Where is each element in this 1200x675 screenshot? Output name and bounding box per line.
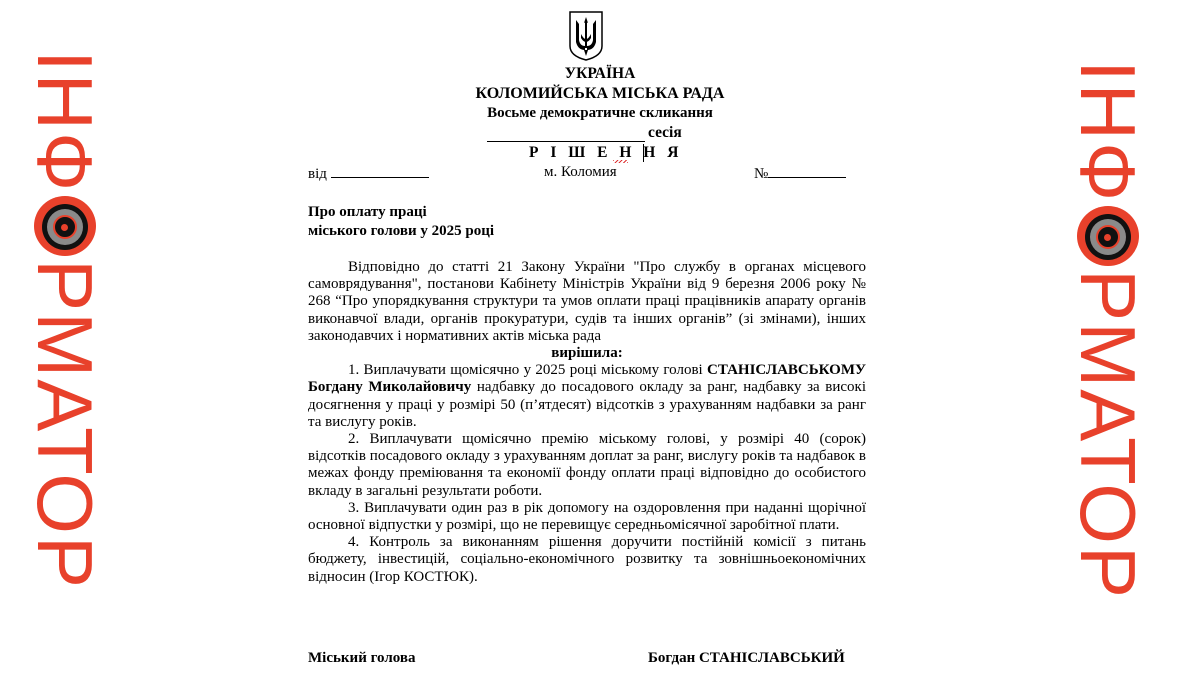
item-4: 4. Контроль за виконанням рішення доручи… [308,534,866,586]
session-label: сесія [648,124,682,142]
watermark-text: ІНФРМАТОР [1068,60,1148,600]
watermark-left: ІНФРМАТОР [25,50,105,590]
document-subject: Про оплату праці міського голови у 2025 … [308,203,494,241]
subject-line-1: Про оплату праці [308,203,494,222]
watermark-text-part2: РМАТОР [1068,269,1148,600]
text-cursor [643,144,644,162]
number-field: № [754,164,846,183]
watermark-right: ІНФРМАТОР [1068,60,1148,600]
session-number-blank [487,141,645,142]
watermark-text-part2: РМАТОР [25,259,105,590]
city-label: м. Коломия [544,164,617,181]
convocation-heading: Восьме демократичне скликання [0,104,1200,123]
number-label: № [754,166,768,182]
camera-lens-icon [34,196,96,256]
resolved-heading: вирішила: [308,345,866,362]
document-body: Відповідно до статті 21 Закону України "… [308,259,866,586]
date-label: від [308,166,327,182]
item-1-text: 1. Виплачувати щомісячно у 2025 році міс… [348,362,707,378]
item-3: 3. Виплачувати один раз в рік допомогу н… [308,500,866,534]
camera-lens-icon [1077,206,1139,266]
signature-name: Богдан СТАНІСЛАВСЬКИЙ [648,650,845,667]
date-field: від [308,164,429,183]
signature-position: Міський голова [308,650,415,667]
watermark-text: ІНФРМАТОР [25,50,105,590]
spellcheck-underline [613,160,628,163]
subject-line-2: міського голови у 2025 році [308,222,494,241]
tryzub-coat-of-arms-icon [568,10,604,62]
preamble-paragraph: Відповідно до статті 21 Закону України "… [308,259,866,345]
country-heading: УКРАЇНА [0,64,1200,83]
number-blank [768,164,846,178]
date-blank [331,164,429,178]
item-2: 2. Виплачувати щомісячно премію міському… [308,431,866,500]
document-type-heading: Р І Ш Е Н Н Я [529,144,682,162]
council-heading: КОЛОМИЙСЬКА МІСЬКА РАДА [0,84,1200,103]
item-1: 1. Виплачувати щомісячно у 2025 році міс… [308,362,866,431]
